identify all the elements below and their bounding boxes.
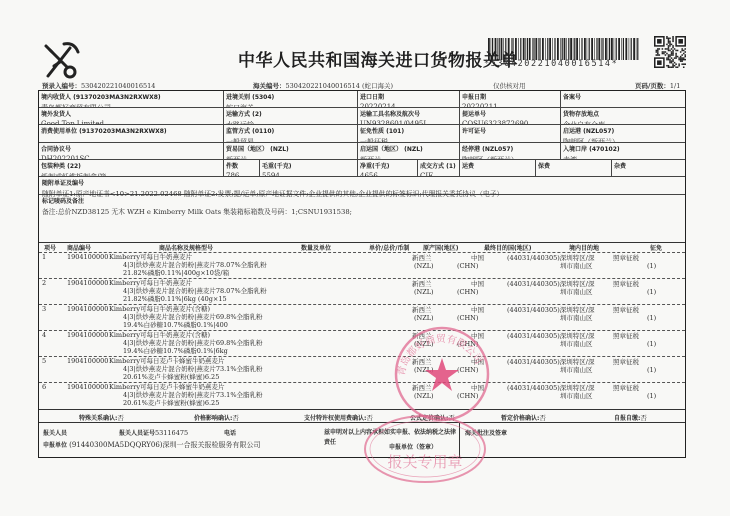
item-domestic: 圳市南山区 <box>560 393 593 401</box>
barcode-icon <box>488 38 640 60</box>
table-row: 41904100000Kimberry可每日牛奶燕麦片(含糖)4|3|烘炒燕麦片… <box>39 330 685 354</box>
item-levy: (1) <box>647 263 656 271</box>
table-row: 31904100000Kimberry可每日牛奶燕麦片(含糖)4|3|烘炒燕麦片… <box>39 304 685 328</box>
entry-customs-field: 进境关别 (5304)蛇口海关 <box>224 91 358 108</box>
declare-date-field: 申报日期20220211 <box>460 91 561 108</box>
confirmations-row: 特殊关系确认:否价格影响确认:否支付特许权使用费确认:否公式定价确认:否暂定价格… <box>39 409 685 423</box>
item-origin: (NZL) <box>414 289 434 297</box>
vessel-field: 运输工具名称及航次号UN9328601/0495I <box>358 108 460 125</box>
item-name: 21.82%磷脂0.11%|400g×10袋/箱 <box>123 270 229 278</box>
item-levy: (1) <box>647 315 656 323</box>
customs-number: 海关编号：530420221040016514 <box>253 81 360 90</box>
item-no: 5 <box>42 358 46 366</box>
page-count: 页码/页数：1/1 <box>635 81 680 90</box>
customs-approval-label: 海关批注及签章 <box>465 430 507 437</box>
item-origin: (NZL) <box>414 393 434 401</box>
documents-field: 随附单证及编号 随附单证1:原产地证书<10>21.2022.02468 随附单… <box>39 177 685 195</box>
departure-port-field: 启运港 (NZL057)陶朗阿（新西兰） <box>561 125 685 143</box>
declaration-form: 境内收货人 (91370203MA3N2RXWX8)青岛都好商贸有限公司 进境关… <box>38 90 686 458</box>
declaring-unit: 申报单位 (91440300MA5DQQRY06)深圳一合报关报检服务有限公司 <box>43 440 261 450</box>
transaction-mode-field: 成交方式 (1)CIF <box>418 160 460 177</box>
confirmation-item: 特殊关系确认:否 <box>79 413 124 422</box>
gross-weight-field: 毛重(千克)5594 <box>260 160 358 177</box>
consignee-field: 境内收货人 (91370203MA3N2RXWX8)青岛都好商贸有限公司 <box>39 91 224 108</box>
item-code: 1904100000 <box>67 384 108 392</box>
prerecord-number: 预录入编号：530420221040016514 <box>42 81 155 90</box>
item-name: 21.82%磷脂0.11%|6kg (40g×15 <box>123 296 227 304</box>
storage-field: 货物存放地点企业自有仓库 <box>561 108 685 125</box>
page-title: 中华人民共和国海关进口货物报关单 <box>238 46 518 71</box>
declarant-cert: 报关人员证号53116475 <box>119 428 188 437</box>
confirmation-item: 暂定价格确认:否 <box>501 413 546 422</box>
item-levy: (1) <box>647 341 656 349</box>
item-levy: (1) <box>647 393 656 401</box>
transit-port-field: 经停港 (NZL057)陶朗阿（新西兰） <box>460 143 561 160</box>
item-code: 1904100000 <box>67 280 108 288</box>
record-no-field: 备案号 <box>561 91 685 108</box>
table-row: 51904100000Kimberry可每日麦卢卡蜂蜜牛奶燕麦片4|3|烘炒燕麦… <box>39 356 685 380</box>
item-levy: (1) <box>647 289 656 297</box>
item-no: 3 <box>42 306 46 314</box>
item-origin: (NZL) <box>414 263 434 271</box>
remarks-field: 标记唛码及备注 备注:总价NZD38125 无木 WZH e Kimberry … <box>39 195 685 243</box>
contract-no-field: 合同协议号DH202201SC <box>39 143 224 160</box>
levy-nature-field: 征免性质 (101)一般征税 <box>358 125 460 143</box>
item-origin: (NZL) <box>414 367 434 375</box>
freight-field: 运费 <box>460 160 536 177</box>
item-origin: (NZL) <box>414 341 434 349</box>
declarant-label: 报关人员 <box>43 430 67 437</box>
confirmation-item: 公式定价确认:否 <box>410 413 455 422</box>
item-dest: (CHN) <box>457 289 478 297</box>
item-no: 2 <box>42 280 46 288</box>
qr-code-icon <box>654 36 686 68</box>
bill-no-field: 提运单号COSU6323872690 <box>460 108 561 125</box>
item-code: 1904100000 <box>67 306 108 314</box>
trade-country-field: 贸易国（地区） (NZL)新西兰 <box>224 143 358 160</box>
customs-emblem-icon <box>40 38 84 82</box>
item-levy: (1) <box>647 367 656 375</box>
customs-declaration-page: 中华人民共和国海关进口货物报关单 *530420221040016514* 预录… <box>0 0 730 516</box>
item-code: 1904100000 <box>67 254 108 262</box>
confirmation-item: 价格影响确认:否 <box>194 413 239 422</box>
table-row: 61904100000Kimberry可每日麦卢卡蜂蜜牛奶燕麦片4|3|烘炒燕麦… <box>39 382 685 406</box>
item-name: 20.61%麦卢卡蜂蜜粉(蜂蜜)6.25 <box>123 400 219 408</box>
item-domestic: 圳市南山区 <box>560 367 593 375</box>
origin-country-field: 启运国（地区） (NZL)新西兰 <box>358 143 460 160</box>
item-domestic: 圳市南山区 <box>560 289 593 297</box>
shipper-field: 境外发货人Good Top Limited <box>39 108 224 125</box>
item-dest: (CHN) <box>457 393 478 401</box>
net-weight-field: 净重(千克)4656 <box>358 160 418 177</box>
item-name: 19.4%白砂糖10.7%磷脂0.1%|400 <box>123 322 228 330</box>
unit-sign-label: 申报单位（签章） <box>389 444 437 451</box>
table-row: 11904100000Kimberry可每日牛奶燕麦片4|3|烘炒燕麦片混合奶粉… <box>39 252 685 276</box>
item-levy: 照章征税 <box>613 385 639 393</box>
item-levy: 照章征税 <box>613 307 639 315</box>
license-no-field: 许可证号 <box>460 125 561 143</box>
items-table-header: 项号 商品编号 商品名称及规格型号 数量及单位 单价/总价/币制 原产国(地区)… <box>39 243 685 252</box>
item-no: 4 <box>42 332 46 340</box>
verify-only-note: 仅供核对用 <box>493 81 526 90</box>
item-code: 1904100000 <box>67 332 108 340</box>
item-domestic: 圳市南山区 <box>560 315 593 323</box>
item-levy: 照章征税 <box>613 359 639 367</box>
item-code: 1904100000 <box>67 358 108 366</box>
item-dest: (CHN) <box>457 341 478 349</box>
pieces-field: 件数786 <box>224 160 260 177</box>
customs-office: (蛇口海关) <box>362 81 393 90</box>
item-name: 19.4%白砂糖10.7%磷脂0.1%|6kg <box>123 348 228 356</box>
misc-fee-field: 杂费 <box>612 160 685 177</box>
item-domestic: 圳市南山区 <box>560 263 593 271</box>
supervision-field: 监管方式 (0110)一般贸易 <box>224 125 358 143</box>
item-origin: (NZL) <box>414 315 434 323</box>
entry-port-field: 入境口岸 (470102)赤湾 <box>561 143 685 160</box>
item-no: 6 <box>42 384 46 392</box>
item-levy: 照章征税 <box>613 281 639 289</box>
item-levy: 照章征税 <box>613 255 639 263</box>
transport-mode-field: 运输方式 (2)水路运输 <box>224 108 358 125</box>
table-row: 21904100000Kimberry可每日牛奶燕麦片4|3|烘炒燕麦片混合奶粉… <box>39 278 685 302</box>
item-domestic: 圳市南山区 <box>560 341 593 349</box>
item-no: 1 <box>42 254 46 262</box>
import-date-field: 进口日期20220214 <box>358 91 460 108</box>
item-dest: (CHN) <box>457 315 478 323</box>
item-levy: 照章征税 <box>613 333 639 341</box>
declaration-footer: 报关人员 报关人员证号53116475 电话 兹申明对以上内容承担如实申报、依法… <box>39 423 685 457</box>
item-dest: (CHN) <box>457 367 478 375</box>
confirmation-item: 支付特许权使用费确认:否 <box>304 413 373 422</box>
insurance-field: 保费 <box>536 160 612 177</box>
barcode-number: *530420221040016514* <box>484 59 618 69</box>
confirmation-item: 自报自缴:否 <box>614 413 647 422</box>
consumer-field: 消费使用单位 (91370203MA3N2RXWX8) <box>39 125 224 143</box>
phone-label: 电话 <box>224 430 236 437</box>
item-dest: (CHN) <box>457 263 478 271</box>
package-type-field: 包装种类 (22)纸制或纤维板制盒/箱 <box>39 160 224 177</box>
item-name: 20.61%麦卢卡蜂蜜粉(蜂蜜)6.25 <box>123 374 219 382</box>
